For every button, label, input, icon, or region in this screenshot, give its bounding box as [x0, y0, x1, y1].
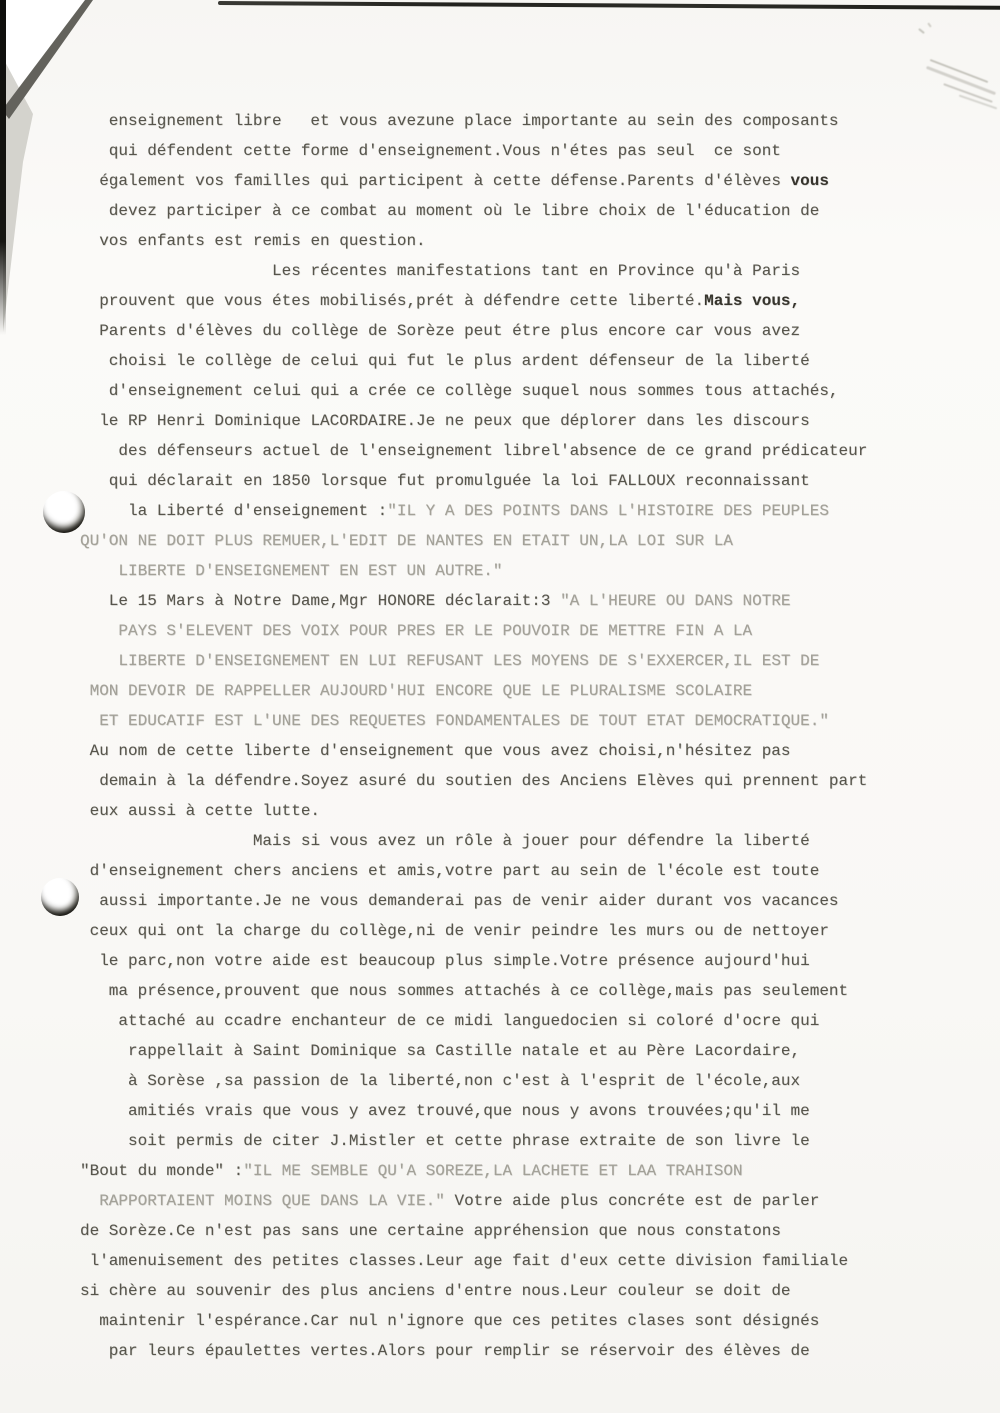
text-segment: qui défendent cette forme d'enseignement… — [109, 142, 781, 160]
text-segment: prouvent que vous étes mobilisés,prét à … — [99, 292, 704, 310]
text-segment: demain à la défendre.Soyez asuré du sout… — [99, 772, 867, 790]
text-segment: de Sorèze.Ce n'est pas sans une certaine… — [80, 1222, 781, 1240]
text-line: aussi importante.Je ne vous demanderai p… — [80, 886, 980, 916]
text-segment: Mais vous, — [704, 292, 800, 310]
text-segment: d'enseignement chers anciens et amis,vot… — [90, 862, 820, 880]
text-line: des défenseurs actuel de l'enseignement … — [80, 436, 980, 466]
text-line: de Sorèze.Ce n'est pas sans une certaine… — [80, 1216, 980, 1246]
text-line: LIBERTE D'ENSEIGNEMENT EN LUI REFUSANT L… — [80, 646, 980, 676]
text-line: choisi le collège de celui qui fut le pl… — [80, 346, 980, 376]
text-segment: ma présence,prouvent que nous sommes att… — [109, 982, 848, 1000]
text-line: maintenir l'espérance.Car nul n'ignore q… — [80, 1306, 980, 1336]
text-line: si chère au souvenir des plus anciens d'… — [80, 1276, 980, 1306]
text-segment: Le 15 Mars à Notre Dame,Mgr HONORE décla… — [109, 592, 560, 610]
text-segment: Les récentes manifestations tant en Prov… — [272, 262, 800, 280]
text-segment: Mais si vous avez un rôle à jouer pour d… — [253, 832, 810, 850]
scanned-letter-page: enseignement libre et vous avezune place… — [0, 0, 1000, 1413]
text-segment: Votre aide plus concréte est de parler — [445, 1192, 819, 1210]
punch-hole-top — [43, 491, 85, 533]
text-segment: amitiés vrais que vous y avez trouvé,que… — [128, 1102, 810, 1120]
text-line: ceux qui ont la charge du collège,ni de … — [80, 916, 980, 946]
text-segment: des défenseurs actuel de l'enseignement … — [118, 442, 867, 460]
scan-left-edge — [0, 0, 6, 335]
text-line: PAYS S'ELEVENT DES VOIX POUR PRES ER LE … — [80, 616, 980, 646]
text-segment: vous — [791, 172, 829, 190]
text-line: le parc,non votre aide est beaucoup plus… — [80, 946, 980, 976]
text-segment: "A L'HEURE OU DANS NOTRE — [560, 592, 790, 610]
text-segment: vos enfants est remis en question. — [99, 232, 425, 250]
text-segment: le parc,non votre aide est beaucoup plus… — [99, 952, 810, 970]
text-line: RAPPORTAIENT MOINS QUE DANS LA VIE." Vot… — [80, 1186, 980, 1216]
text-line: le RP Henri Dominique LACORDAIRE.Je ne p… — [80, 406, 980, 436]
text-segment: PAYS S'ELEVENT DES VOIX POUR PRES ER LE … — [118, 622, 752, 640]
text-segment: MON DEVOIR DE RAPPELLER AUJOURD'HUI ENCO… — [90, 682, 753, 700]
text-segment: maintenir l'espérance.Car nul n'ignore q… — [99, 1312, 819, 1330]
text-segment: si chère au souvenir des plus anciens d'… — [80, 1282, 791, 1300]
text-line: qui défendent cette forme d'enseignement… — [80, 136, 980, 166]
text-line: enseignement libre et vous avezune place… — [80, 106, 980, 136]
text-line: Parents d'élèves du collège de Sorèze pe… — [80, 316, 980, 346]
text-line: devez participer à ce combat au moment o… — [80, 196, 980, 226]
text-segment: à Sorèse ,sa passion de la liberté,non c… — [128, 1072, 800, 1090]
text-segment: Au nom de cette liberte d'enseignement q… — [90, 742, 791, 760]
text-line: également vos familles qui participent à… — [80, 166, 980, 196]
text-segment: choisi le collège de celui qui fut le pl… — [109, 352, 810, 370]
text-segment: également vos familles qui participent à… — [99, 172, 790, 190]
text-segment: "Bout du monde" : — [80, 1162, 243, 1180]
text-segment: RAPPORTAIENT MOINS QUE DANS LA VIE." — [99, 1192, 445, 1210]
text-segment: "IL Y A DES POINTS DANS L'HISTOIRE DES P… — [387, 502, 829, 520]
text-segment: LIBERTE D'ENSEIGNEMENT EN EST UN AUTRE." — [118, 562, 502, 580]
text-line: amitiés vrais que vous y avez trouvé,que… — [80, 1096, 980, 1126]
text-line: demain à la défendre.Soyez asuré du sout… — [80, 766, 980, 796]
text-segment: le RP Henri Dominique LACORDAIRE.Je ne p… — [99, 412, 810, 430]
text-line: "Bout du monde" :"IL ME SEMBLE QU'A SORE… — [80, 1156, 980, 1186]
text-line: LIBERTE D'ENSEIGNEMENT EN EST UN AUTRE." — [80, 556, 980, 586]
text-segment: Parents d'élèves du collège de Sorèze pe… — [99, 322, 800, 340]
text-segment: enseignement libre et vous avezune place… — [109, 112, 839, 130]
text-line: à Sorèse ,sa passion de la liberté,non c… — [80, 1066, 980, 1096]
text-line: vos enfants est remis en question. — [80, 226, 980, 256]
text-segment: par leurs épaulettes vertes.Alors pour r… — [109, 1342, 810, 1360]
text-segment: attaché au ccadre enchanteur de ce midi … — [118, 1012, 819, 1030]
text-segment: la Liberté d'enseignement : — [128, 502, 387, 520]
text-segment: ET EDUCATIF EST L'UNE DES REQUETES FONDA… — [99, 712, 829, 730]
text-segment: aussi importante.Je ne vous demanderai p… — [99, 892, 838, 910]
text-line: Au nom de cette liberte d'enseignement q… — [80, 736, 980, 766]
text-segment: "IL ME SEMBLE QU'A SOREZE,LA LACHETE ET … — [243, 1162, 742, 1180]
text-segment: QU'ON NE DOIT PLUS REMUER,L'EDIT DE NANT… — [80, 532, 733, 550]
text-line: Mais si vous avez un rôle à jouer pour d… — [80, 826, 980, 856]
text-line: rappellait à Saint Dominique sa Castille… — [80, 1036, 980, 1066]
text-segment: ceux qui ont la charge du collège,ni de … — [90, 922, 829, 940]
letter-text: enseignement libre et vous avezune place… — [80, 0, 980, 1366]
text-line: d'enseignement chers anciens et amis,vot… — [80, 856, 980, 886]
text-line: ET EDUCATIF EST L'UNE DES REQUETES FONDA… — [80, 706, 980, 736]
text-segment: l'amenuisement des petites classes.Leur … — [90, 1252, 849, 1270]
punch-hole-bottom — [41, 878, 79, 916]
text-segment: LIBERTE D'ENSEIGNEMENT EN LUI REFUSANT L… — [118, 652, 819, 670]
text-line: la Liberté d'enseignement :"IL Y A DES P… — [80, 496, 980, 526]
text-line: attaché au ccadre enchanteur de ce midi … — [80, 1006, 980, 1036]
text-line: eux aussi à cette lutte. — [80, 796, 980, 826]
text-line: d'enseignement celui qui a crée ce collè… — [80, 376, 980, 406]
text-segment: d'enseignement celui qui a crée ce collè… — [109, 382, 839, 400]
text-segment: soit permis de citer J.Mistler et cette … — [128, 1132, 810, 1150]
text-line: prouvent que vous étes mobilisés,prét à … — [80, 286, 980, 316]
text-segment: eux aussi à cette lutte. — [90, 802, 320, 820]
text-line: qui déclarait en 1850 lorsque fut promul… — [80, 466, 980, 496]
text-line: l'amenuisement des petites classes.Leur … — [80, 1246, 980, 1276]
text-line: par leurs épaulettes vertes.Alors pour r… — [80, 1336, 980, 1366]
text-segment: devez participer à ce combat au moment o… — [109, 202, 820, 220]
text-segment: rappellait à Saint Dominique sa Castille… — [128, 1042, 800, 1060]
text-line: soit permis de citer J.Mistler et cette … — [80, 1126, 980, 1156]
text-line: Les récentes manifestations tant en Prov… — [80, 256, 980, 286]
text-line: QU'ON NE DOIT PLUS REMUER,L'EDIT DE NANT… — [80, 526, 980, 556]
text-line: Le 15 Mars à Notre Dame,Mgr HONORE décla… — [80, 586, 980, 616]
text-segment: qui déclarait en 1850 lorsque fut promul… — [109, 472, 810, 490]
text-line: MON DEVOIR DE RAPPELLER AUJOURD'HUI ENCO… — [80, 676, 980, 706]
text-line: ma présence,prouvent que nous sommes att… — [80, 976, 980, 1006]
